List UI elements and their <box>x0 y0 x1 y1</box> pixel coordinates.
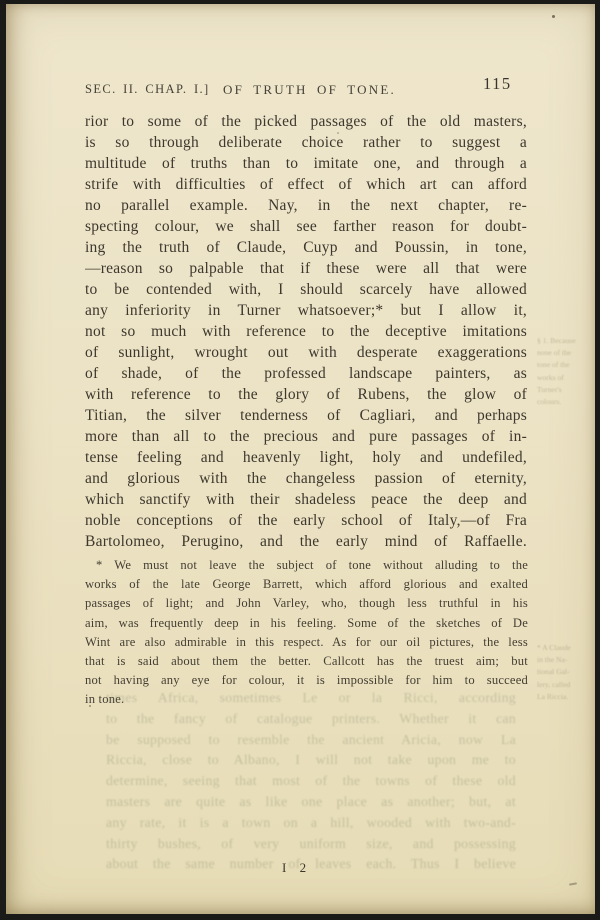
footnote-line: aim, was frequently deep in his feeling.… <box>85 614 528 633</box>
body-line: and glorious with the changeless passion… <box>85 468 527 489</box>
footnote: * We must not leave the subject of tone … <box>85 556 528 710</box>
ghost-margin-line: tional Gal- <box>537 666 597 678</box>
body-line: any inferiority in Turner whatsoever;* b… <box>85 300 527 321</box>
ghost-showthrough-text: times Africa, sometimes Le or la Ricci, … <box>106 688 516 875</box>
body-line: specting colour, we shall see farther re… <box>85 216 527 237</box>
ghost-margin-line: none of the <box>537 347 597 359</box>
header-section-label: SEC. II. CHAP. I.] <box>85 82 210 97</box>
body-line: not so much with reference to the decept… <box>85 321 527 342</box>
footnote-line: * We must not leave the subject of tone … <box>85 556 528 575</box>
body-line: of sunlight, wrought out with desperate … <box>85 342 527 363</box>
footnote-line: passages of light; and John Varley, who,… <box>85 594 528 613</box>
body-line: ing the truth of Claude, Cuyp and Poussi… <box>85 237 527 258</box>
ghost-margin-line: * A Claude <box>537 642 597 654</box>
ghost-line: thirty bushes, of very uniform size, and… <box>106 834 516 855</box>
ghost-line: determine, seeing that most of the towns… <box>106 771 516 792</box>
paper-speck <box>337 132 339 134</box>
ghost-line: masters are quite as like one place as a… <box>106 792 516 813</box>
body-line: is so through deliberate choice rather t… <box>85 132 527 153</box>
ghost-line: be supposed to resemble the ancient Aric… <box>106 730 516 751</box>
body-line: no parallel example. Nay, in the next ch… <box>85 195 527 216</box>
ghost-margin-note-top: § 1. Because none of the tone of the wor… <box>537 335 597 408</box>
ghost-margin-line: tone of the <box>537 359 597 371</box>
paper-speck <box>552 15 555 18</box>
ghost-margin-line: works of <box>537 372 597 384</box>
body-line: with reference to the glory of Rubens, t… <box>85 384 527 405</box>
ghost-margin-line: colours. <box>537 396 597 408</box>
header-chapter-title: OF TRUTH OF TONE. <box>223 82 396 98</box>
ghost-margin-line: Turner's <box>537 384 597 396</box>
body-line: which sanctify with their shadeless peac… <box>85 489 527 510</box>
page-number: 115 <box>483 74 512 94</box>
ghost-margin-line: La Riccia. <box>537 691 597 703</box>
footnote-line: Wint are also admirable in this respect.… <box>85 633 528 652</box>
ghost-line: times Africa, sometimes Le or la Ricci, … <box>106 688 516 709</box>
body-text: rior to some of the picked passages of t… <box>85 111 527 552</box>
body-line: multitude of truths than to imitate one,… <box>85 153 527 174</box>
ghost-line: any rate, it is a town on a hill, wooded… <box>106 813 516 834</box>
body-line: strife with difficulties of effect of wh… <box>85 174 527 195</box>
ghost-margin-line: in the Na- <box>537 654 597 666</box>
signature-mark: I 2 <box>282 860 311 876</box>
body-line: to be contended with, I should scarcely … <box>85 279 527 300</box>
body-line: Bartolomeo, Perugino, and the early mind… <box>85 531 527 552</box>
body-line: more than all to the precious and pure p… <box>85 426 527 447</box>
ghost-line: to the fancy of catalogue printers. Whet… <box>106 709 516 730</box>
footnote-line: that is said about them the better. Call… <box>85 652 528 671</box>
paper-speck <box>89 705 91 707</box>
body-line: Titian, the silver tenderness of Cagliar… <box>85 405 527 426</box>
body-line: —reason so palpable that if these were a… <box>85 258 527 279</box>
body-line: noble conceptions of the early school of… <box>85 510 527 531</box>
body-line: tense feeling and heavenly light, holy a… <box>85 447 527 468</box>
ghost-margin-note-bottom: * A Claude in the Na- tional Gal- lery, … <box>537 642 597 703</box>
body-line: rior to some of the picked passages of t… <box>85 111 527 132</box>
book-page: SEC. II. CHAP. I.] OF TRUTH OF TONE. 115… <box>6 4 595 914</box>
paper-speck <box>569 882 577 885</box>
scanned-page-frame: SEC. II. CHAP. I.] OF TRUTH OF TONE. 115… <box>0 0 600 920</box>
ghost-line: Riccia, close to Albano, I will not take… <box>106 750 516 771</box>
body-line: of shade, of the professed landscape pai… <box>85 363 527 384</box>
footnote-line: works of the late George Barrett, which … <box>85 575 528 594</box>
ghost-margin-line: § 1. Because <box>537 335 597 347</box>
ghost-margin-line: lery, called <box>537 679 597 691</box>
